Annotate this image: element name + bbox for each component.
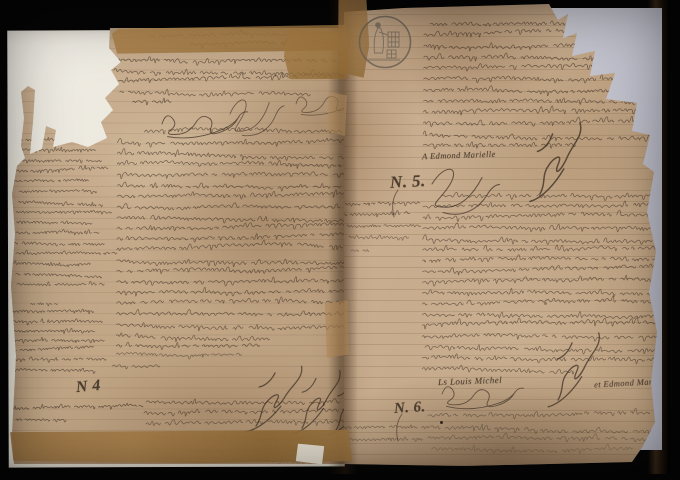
right-page-handwriting xyxy=(344,4,662,466)
revenue-stamp-icon xyxy=(355,12,415,72)
right-entry-number-5: N. 5. xyxy=(390,171,427,193)
tape-repair-spine-lower xyxy=(325,300,349,358)
tape-repair-spine-mid xyxy=(327,92,347,136)
right-entry-number-6: N. 6. xyxy=(394,399,426,418)
right-page: N. 5. N. 6. A Edmond Marielle Ls Louis M… xyxy=(344,4,662,466)
tape-white-patch xyxy=(296,444,325,465)
ink-speck xyxy=(544,302,547,305)
left-entry-number: N 4 xyxy=(75,377,101,397)
archival-photo-stage: N 4 N. 5. N. 6. A Edmond Marielle Ls Lou… xyxy=(0,0,680,480)
ink-speck xyxy=(440,421,443,424)
